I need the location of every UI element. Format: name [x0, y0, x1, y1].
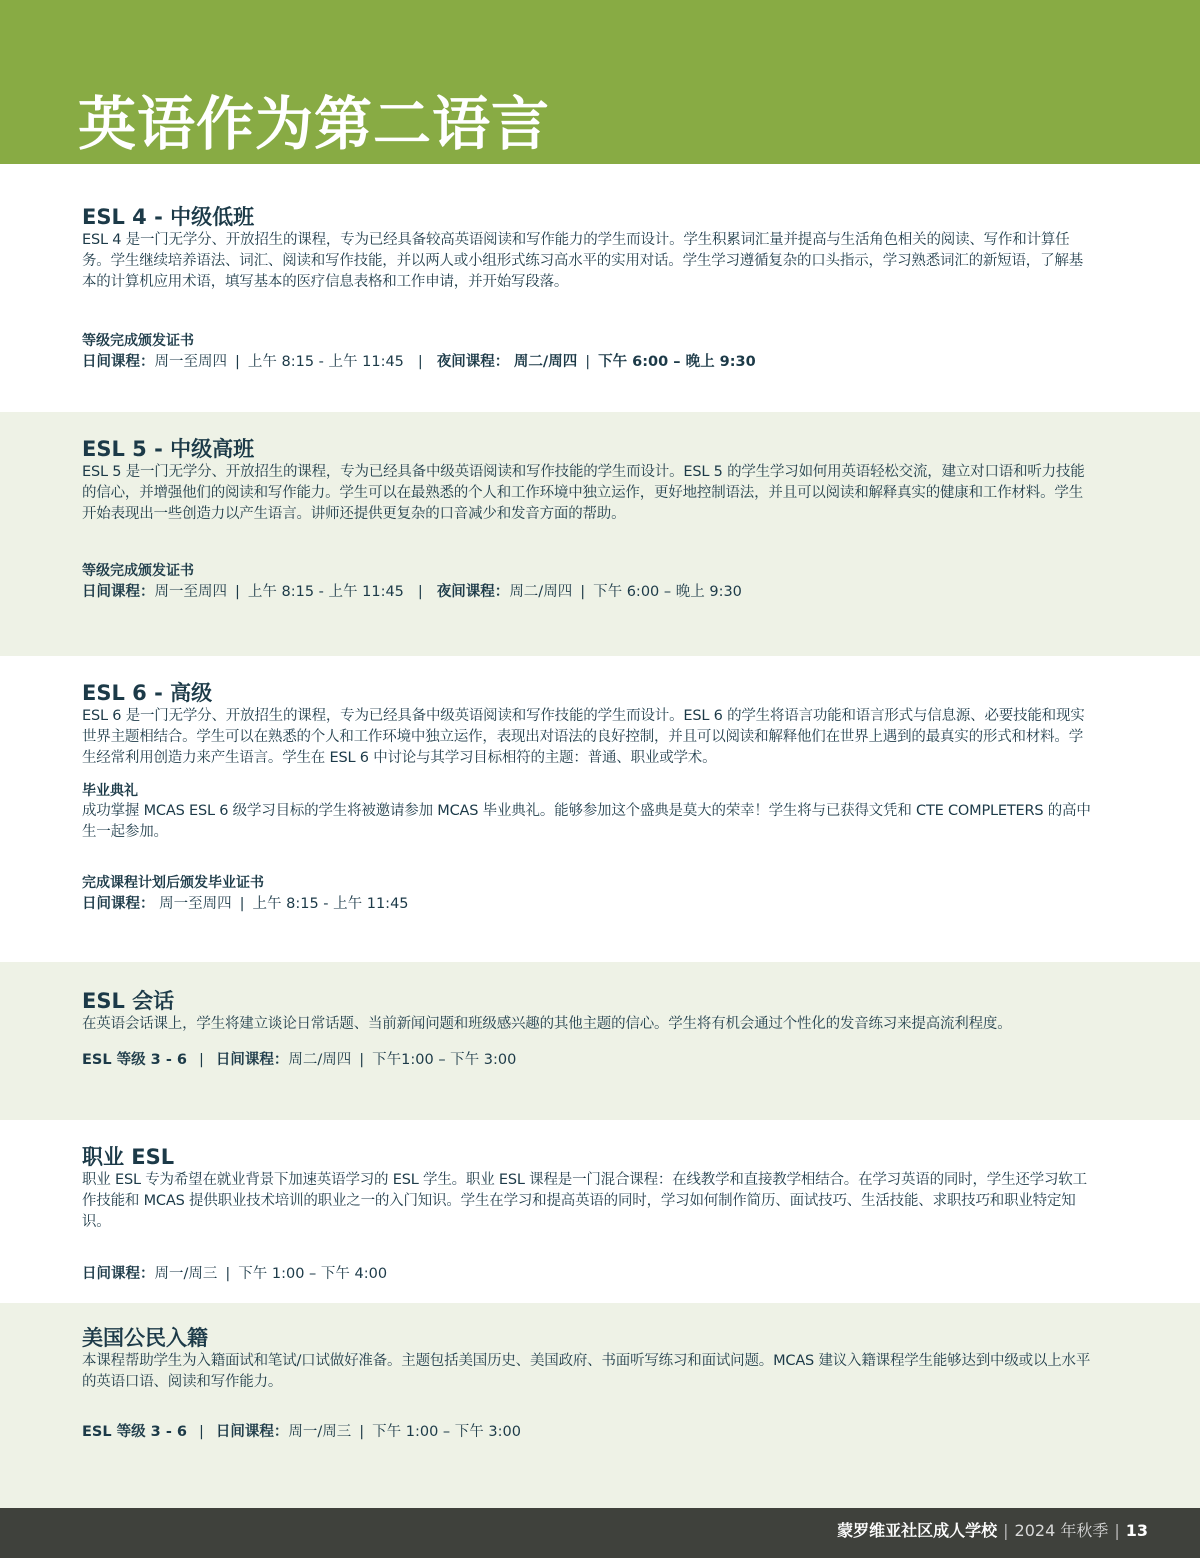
course-description: 职业 ESL 专为希望在就业背景下加速英语学习的 ESL 学生。职业 ESL 课… [82, 1170, 1092, 1233]
day-label: 日间课程： [82, 896, 155, 912]
course-section-esl4: ESL 4 - 中级低班 ESL 4 是一门无学分、开放招生的课程，专为已经具备… [0, 164, 1200, 412]
evening-label: 夜间课程： [437, 584, 510, 600]
evening-label: 夜间课程： [437, 354, 510, 370]
evening-days: 周二/周四 [514, 354, 577, 370]
course-title: 美国公民入籍 [82, 1325, 1092, 1351]
ceremony-text: 成功掌握 MCAS ESL 6 级学习目标的学生将被邀请参加 MCAS 毕业典礼… [82, 801, 1092, 843]
level-label: ESL 等级 3 - 6 [82, 1424, 187, 1440]
course-description: 在英语会话课上，学生将建立谈论日常话题、当前新闻问题和班级感兴趣的其他主题的信心… [82, 1014, 1092, 1035]
separator: | [225, 1263, 230, 1285]
course-description: 本课程帮助学生为入籍面试和笔试/口试做好准备。主题包括美国历史、美国政府、书面听… [82, 1351, 1092, 1393]
evening-days: 周二/周四 [509, 584, 572, 600]
schedule-line: ESL 等级 3 - 6|日间课程：周一/周三|下午 1:00 – 下午 3:0… [82, 1421, 1092, 1443]
course-section-esl6: ESL 6 - 高级 ESL 6 是一门无学分、开放招生的课程，专为已经具备中级… [0, 656, 1200, 962]
day-days: 周一/周三 [155, 1266, 218, 1282]
separator: | [585, 351, 590, 373]
page-title: 英语作为第二语言 [78, 88, 550, 160]
separator: | [1003, 1521, 1008, 1540]
day-days: 周一至周四 [155, 584, 228, 600]
course-title: ESL 会话 [82, 988, 1092, 1014]
course-description: ESL 6 是一门无学分、开放招生的课程，专为已经具备中级英语阅读和写作技能的学… [82, 706, 1092, 769]
evening-time: 下午 6:00 – 晚上 9:30 [598, 354, 756, 370]
course-title: ESL 5 - 中级高班 [82, 436, 1092, 462]
separator: | [199, 1421, 204, 1443]
day-days: 周二/周四 [288, 1052, 351, 1068]
day-label: 日间课程： [216, 1424, 289, 1440]
course-section-conversation: ESL 会话 在英语会话课上，学生将建立谈论日常话题、当前新闻问题和班级感兴趣的… [0, 962, 1200, 1120]
schedule-line: 日间课程：周一至周四|上午 8:15 - 上午 11:45|夜间课程： 周二/周… [82, 351, 1092, 373]
page-footer: 蒙罗维亚社区成人学校|2024 年秋季|13 [0, 1508, 1200, 1558]
day-days: 周一/周三 [288, 1424, 351, 1440]
schedule-line: ESL 等级 3 - 6|日间课程：周二/周四|下午1:00 – 下午 3:00 [82, 1049, 1092, 1071]
course-title: 职业 ESL [82, 1144, 1092, 1170]
course-section-citizenship: 美国公民入籍 本课程帮助学生为入籍面试和笔试/口试做好准备。主题包括美国历史、美… [0, 1303, 1200, 1508]
separator: | [240, 893, 245, 915]
separator: | [418, 581, 423, 603]
day-time: 下午 1:00 – 下午 3:00 [372, 1424, 521, 1440]
separator: | [199, 1049, 204, 1071]
page-number: 13 [1126, 1521, 1148, 1540]
day-time: 上午 8:15 - 上午 11:45 [253, 896, 409, 912]
certificate-label: 等级完成颁发证书 [82, 561, 1092, 581]
separator: | [235, 581, 240, 603]
footer-text: 蒙罗维亚社区成人学校|2024 年秋季|13 [837, 1518, 1148, 1544]
separator: | [235, 351, 240, 373]
evening-time: 下午 6:00 – 晚上 9:30 [593, 584, 742, 600]
term-label: 2024 年秋季 [1015, 1521, 1109, 1540]
day-time: 下午 1:00 – 下午 4:00 [238, 1266, 387, 1282]
course-description: ESL 5 是一门无学分、开放招生的课程，专为已经具备中级英语阅读和写作技能的学… [82, 462, 1092, 525]
day-label: 日间课程： [82, 584, 155, 600]
day-label: 日间课程： [82, 354, 155, 370]
course-title: ESL 6 - 高级 [82, 680, 1092, 706]
day-label: 日间课程： [216, 1052, 289, 1068]
day-time: 下午1:00 – 下午 3:00 [372, 1052, 516, 1068]
day-label: 日间课程： [82, 1266, 155, 1282]
schedule-line: 日间课程：周一至周四|上午 8:15 - 上午 11:45|夜间课程：周二/周四… [82, 581, 1092, 603]
certificate-label: 完成课程计划后颁发毕业证书 [82, 873, 1092, 893]
day-time: 上午 8:15 - 上午 11:45 [248, 354, 404, 370]
course-section-esl5: ESL 5 - 中级高班 ESL 5 是一门无学分、开放招生的课程，专为已经具备… [0, 412, 1200, 656]
separator: | [418, 351, 423, 373]
separator: | [359, 1421, 364, 1443]
day-days: 周一至周四 [159, 896, 232, 912]
level-label: ESL 等级 3 - 6 [82, 1052, 187, 1068]
separator: | [1114, 1521, 1119, 1540]
course-section-vocational: 职业 ESL 职业 ESL 专为希望在就业背景下加速英语学习的 ESL 学生。职… [0, 1120, 1200, 1303]
course-description: ESL 4 是一门无学分、开放招生的课程，专为已经具备较高英语阅读和写作能力的学… [82, 230, 1092, 293]
certificate-label: 等级完成颁发证书 [82, 331, 1092, 351]
separator: | [359, 1049, 364, 1071]
day-time: 上午 8:15 - 上午 11:45 [248, 584, 404, 600]
course-title: ESL 4 - 中级低班 [82, 204, 1092, 230]
school-name: 蒙罗维亚社区成人学校 [837, 1521, 997, 1540]
schedule-line: 日间课程： 周一至周四|上午 8:15 - 上午 11:45 [82, 893, 1092, 915]
ceremony-title: 毕业典礼 [82, 781, 1092, 801]
separator: | [580, 581, 585, 603]
schedule-line: 日间课程：周一/周三|下午 1:00 – 下午 4:00 [82, 1263, 1092, 1285]
page-header: 英语作为第二语言 [0, 0, 1200, 164]
day-days: 周一至周四 [155, 354, 228, 370]
